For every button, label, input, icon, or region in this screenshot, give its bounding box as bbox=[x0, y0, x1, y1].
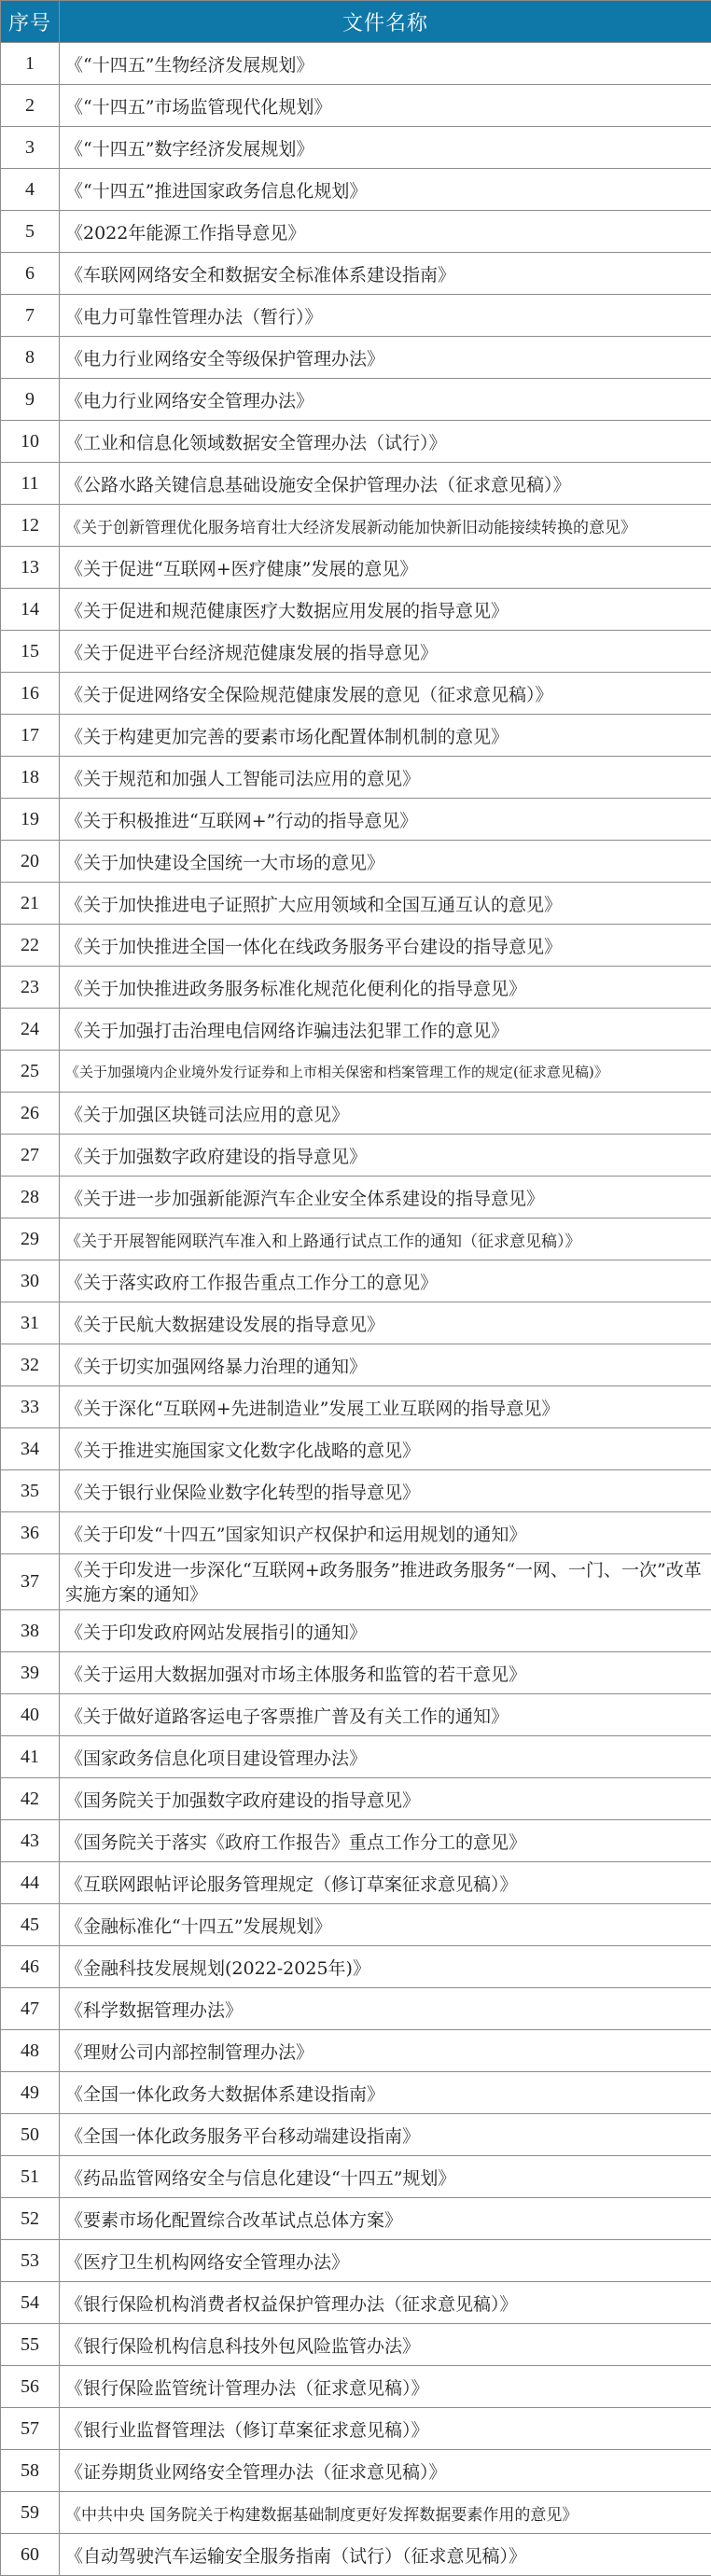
row-index: 15 bbox=[1, 631, 60, 673]
row-index: 12 bbox=[1, 505, 60, 547]
document-name: 《关于加快推进全国一体化在线政务服务平台建设的指导意见》 bbox=[60, 925, 711, 967]
table-row: 55《银行保险机构信息科技外包风险监管办法》 bbox=[1, 2324, 711, 2366]
document-name: 《关于加强打击治理电信网络诈骗违法犯罪工作的意见》 bbox=[60, 1009, 711, 1051]
table-row: 8《电力行业网络安全等级保护管理办法》 bbox=[1, 337, 711, 379]
table-row: 42《国务院关于加强数字政府建设的指导意见》 bbox=[1, 1778, 711, 1820]
table-row: 50《全国一体化政务服务平台移动端建设指南》 bbox=[1, 2114, 711, 2156]
row-index: 24 bbox=[1, 1009, 60, 1051]
document-name: 《金融科技发展规划(2022-2025年)》 bbox=[60, 1946, 711, 1988]
row-index: 60 bbox=[1, 2534, 60, 2576]
table-row: 56《银行保险监管统计管理办法（征求意见稿）》 bbox=[1, 2366, 711, 2408]
row-index: 46 bbox=[1, 1946, 60, 1988]
document-name: 《关于创新管理优化服务培育壮大经济发展新动能加快新旧动能接续转换的意见》 bbox=[60, 505, 711, 547]
row-index: 57 bbox=[1, 2408, 60, 2450]
table-row: 32《关于切实加强网络暴力治理的通知》 bbox=[1, 1344, 711, 1386]
table-row: 12《关于创新管理优化服务培育壮大经济发展新动能加快新旧动能接续转换的意见》 bbox=[1, 505, 711, 547]
document-name: 《关于促进和规范健康医疗大数据应用发展的指导意见》 bbox=[60, 589, 711, 631]
table-row: 6《车联网网络安全和数据安全标准体系建设指南》 bbox=[1, 253, 711, 295]
table-row: 25《关于加强境内企业境外发行证券和上市相关保密和档案管理工作的规定(征求意见稿… bbox=[1, 1051, 711, 1093]
table-row: 58《证券期货业网络安全管理办法（征求意见稿）》 bbox=[1, 2450, 711, 2492]
row-index: 19 bbox=[1, 799, 60, 841]
row-index: 28 bbox=[1, 1177, 60, 1218]
document-name: 《关于落实政府工作报告重点工作分工的意见》 bbox=[60, 1260, 711, 1302]
document-name: 《公路水路关键信息基础设施安全保护管理办法（征求意见稿）》 bbox=[60, 463, 711, 505]
document-name: 《医疗卫生机构网络安全管理办法》 bbox=[60, 2240, 711, 2282]
document-name: 《关于加快推进电子证照扩大应用领域和全国互通互认的意见》 bbox=[60, 883, 711, 925]
table-row: 7《电力可靠性管理办法（暂行）》 bbox=[1, 295, 711, 337]
table-row: 11《公路水路关键信息基础设施安全保护管理办法（征求意见稿）》 bbox=[1, 463, 711, 505]
document-name: 《关于印发进一步深化“互联网+政务服务”推进政务服务“一网、一门、一次”改革实施… bbox=[60, 1554, 711, 1610]
table-row: 34《关于推进实施国家文化数字化战略的意见》 bbox=[1, 1428, 711, 1470]
table-row: 41《国家政务信息化项目建设管理办法》 bbox=[1, 1736, 711, 1778]
table-row: 43《国务院关于落实《政府工作报告》重点工作分工的意见》 bbox=[1, 1820, 711, 1862]
document-name: 《要素市场化配置综合改革试点总体方案》 bbox=[60, 2198, 711, 2240]
row-index: 6 bbox=[1, 253, 60, 295]
document-name: 《关于进一步加强新能源汽车企业安全体系建设的指导意见》 bbox=[60, 1177, 711, 1218]
row-index: 34 bbox=[1, 1428, 60, 1470]
document-name: 《关于加快推进政务服务标准化规范化便利化的指导意见》 bbox=[60, 967, 711, 1009]
document-name: 《关于银行业保险业数字化转型的指导意见》 bbox=[60, 1470, 711, 1512]
row-index: 43 bbox=[1, 1820, 60, 1862]
row-index: 1 bbox=[1, 43, 60, 85]
row-index: 59 bbox=[1, 2492, 60, 2534]
table-row: 26《关于加强区块链司法应用的意见》 bbox=[1, 1093, 711, 1135]
row-index: 7 bbox=[1, 295, 60, 337]
row-index: 27 bbox=[1, 1135, 60, 1177]
document-name: 《关于规范和加强人工智能司法应用的意见》 bbox=[60, 757, 711, 799]
document-name: 《关于加快建设全国统一大市场的意见》 bbox=[60, 841, 711, 883]
table-row: 40《关于做好道路客运电子客票推广普及有关工作的通知》 bbox=[1, 1694, 711, 1736]
table-row: 22《关于加快推进全国一体化在线政务服务平台建设的指导意见》 bbox=[1, 925, 711, 967]
row-index: 49 bbox=[1, 2072, 60, 2114]
document-name: 《工业和信息化领域数据安全管理办法（试行）》 bbox=[60, 421, 711, 463]
document-name: 《“十四五”推进国家政务信息化规划》 bbox=[60, 169, 711, 211]
table-row: 37《关于印发进一步深化“互联网+政务服务”推进政务服务“一网、一门、一次”改革… bbox=[1, 1554, 711, 1610]
row-index: 3 bbox=[1, 127, 60, 169]
table-row: 14《关于促进和规范健康医疗大数据应用发展的指导意见》 bbox=[1, 589, 711, 631]
document-name: 《银行保险监管统计管理办法（征求意见稿）》 bbox=[60, 2366, 711, 2408]
document-name: 《理财公司内部控制管理办法》 bbox=[60, 2030, 711, 2072]
document-name: 《关于运用大数据加强对市场主体服务和监管的若干意见》 bbox=[60, 1652, 711, 1694]
row-index: 38 bbox=[1, 1610, 60, 1652]
row-index: 35 bbox=[1, 1470, 60, 1512]
document-name: 《关于加强区块链司法应用的意见》 bbox=[60, 1093, 711, 1135]
table-row: 36《关于印发“十四五”国家知识产权保护和运用规划的通知》 bbox=[1, 1512, 711, 1554]
document-name: 《全国一体化政务服务平台移动端建设指南》 bbox=[60, 2114, 711, 2156]
document-name: 《“十四五”生物经济发展规划》 bbox=[60, 43, 711, 85]
row-index: 54 bbox=[1, 2282, 60, 2324]
row-index: 14 bbox=[1, 589, 60, 631]
row-index: 31 bbox=[1, 1302, 60, 1344]
table-row: 45《金融标准化“十四五”发展规划》 bbox=[1, 1904, 711, 1946]
table-row: 33《关于深化“互联网+先进制造业”发展工业互联网的指导意见》 bbox=[1, 1386, 711, 1428]
table-row: 9《电力行业网络安全管理办法》 bbox=[1, 379, 711, 421]
column-header-index: 序号 bbox=[1, 1, 60, 43]
table-row: 54《银行保险机构消费者权益保护管理办法（征求意见稿）》 bbox=[1, 2282, 711, 2324]
row-index: 48 bbox=[1, 2030, 60, 2072]
document-name: 《“十四五”数字经济发展规划》 bbox=[60, 127, 711, 169]
document-name: 《关于开展智能网联汽车准入和上路通行试点工作的通知（征求意见稿）》 bbox=[60, 1218, 711, 1260]
table-row: 17《关于构建更加完善的要素市场化配置体制机制的意见》 bbox=[1, 715, 711, 757]
row-index: 33 bbox=[1, 1386, 60, 1428]
row-index: 8 bbox=[1, 337, 60, 379]
table-row: 51《药品监管网络安全与信息化建设“十四五”规划》 bbox=[1, 2156, 711, 2198]
column-header-name: 文件名称 bbox=[60, 1, 711, 43]
document-name: 《关于构建更加完善的要素市场化配置体制机制的意见》 bbox=[60, 715, 711, 757]
table-row: 39《关于运用大数据加强对市场主体服务和监管的若干意见》 bbox=[1, 1652, 711, 1694]
document-name: 《2022年能源工作指导意见》 bbox=[60, 211, 711, 253]
table-row: 52《要素市场化配置综合改革试点总体方案》 bbox=[1, 2198, 711, 2240]
document-name: 《中共中央 国务院关于构建数据基础制度更好发挥数据要素作用的意见》 bbox=[60, 2492, 711, 2534]
table-row: 15《关于促进平台经济规范健康发展的指导意见》 bbox=[1, 631, 711, 673]
table-row: 53《医疗卫生机构网络安全管理办法》 bbox=[1, 2240, 711, 2282]
table-row: 5《2022年能源工作指导意见》 bbox=[1, 211, 711, 253]
table-row: 21《关于加快推进电子证照扩大应用领域和全国互通互认的意见》 bbox=[1, 883, 711, 925]
row-index: 20 bbox=[1, 841, 60, 883]
document-name: 《电力行业网络安全等级保护管理办法》 bbox=[60, 337, 711, 379]
document-name: 《银行保险机构消费者权益保护管理办法（征求意见稿）》 bbox=[60, 2282, 711, 2324]
document-name: 《药品监管网络安全与信息化建设“十四五”规划》 bbox=[60, 2156, 711, 2198]
row-index: 40 bbox=[1, 1694, 60, 1736]
table-header-row: 序号 文件名称 bbox=[1, 1, 711, 43]
document-name: 《关于促进平台经济规范健康发展的指导意见》 bbox=[60, 631, 711, 673]
table-row: 46《金融科技发展规划(2022-2025年)》 bbox=[1, 1946, 711, 1988]
table-row: 27《关于加强数字政府建设的指导意见》 bbox=[1, 1135, 711, 1177]
document-name: 《国家政务信息化项目建设管理办法》 bbox=[60, 1736, 711, 1778]
document-name: 《关于促进“互联网+医疗健康”发展的意见》 bbox=[60, 547, 711, 589]
row-index: 18 bbox=[1, 757, 60, 799]
document-name: 《车联网网络安全和数据安全标准体系建设指南》 bbox=[60, 253, 711, 295]
table-row: 2《“十四五”市场监管现代化规划》 bbox=[1, 85, 711, 127]
row-index: 16 bbox=[1, 673, 60, 715]
table-row: 49《全国一体化政务大数据体系建设指南》 bbox=[1, 2072, 711, 2114]
table-row: 31《关于民航大数据建设发展的指导意见》 bbox=[1, 1302, 711, 1344]
row-index: 13 bbox=[1, 547, 60, 589]
table-row: 60《自动驾驶汽车运输安全服务指南（试行）（征求意见稿）》 bbox=[1, 2534, 711, 2576]
row-index: 26 bbox=[1, 1093, 60, 1135]
document-name: 《银行保险机构信息科技外包风险监管办法》 bbox=[60, 2324, 711, 2366]
table-row: 35《关于银行业保险业数字化转型的指导意见》 bbox=[1, 1470, 711, 1512]
document-name: 《科学数据管理办法》 bbox=[60, 1988, 711, 2030]
document-name: 《关于加强境内企业境外发行证券和上市相关保密和档案管理工作的规定(征求意见稿)》 bbox=[60, 1051, 711, 1093]
row-index: 51 bbox=[1, 2156, 60, 2198]
table-row: 24《关于加强打击治理电信网络诈骗违法犯罪工作的意见》 bbox=[1, 1009, 711, 1051]
document-name: 《关于民航大数据建设发展的指导意见》 bbox=[60, 1302, 711, 1344]
table-row: 30《关于落实政府工作报告重点工作分工的意见》 bbox=[1, 1260, 711, 1302]
row-index: 39 bbox=[1, 1652, 60, 1694]
table-row: 59《中共中央 国务院关于构建数据基础制度更好发挥数据要素作用的意见》 bbox=[1, 2492, 711, 2534]
row-index: 5 bbox=[1, 211, 60, 253]
table-row: 19《关于积极推进“互联网+”行动的指导意见》 bbox=[1, 799, 711, 841]
document-name: 《关于印发政府网站发展指引的通知》 bbox=[60, 1610, 711, 1652]
row-index: 56 bbox=[1, 2366, 60, 2408]
document-name: 《自动驾驶汽车运输安全服务指南（试行）（征求意见稿）》 bbox=[60, 2534, 711, 2576]
document-name: 《全国一体化政务大数据体系建设指南》 bbox=[60, 2072, 711, 2114]
row-index: 58 bbox=[1, 2450, 60, 2492]
document-name: 《国务院关于落实《政府工作报告》重点工作分工的意见》 bbox=[60, 1820, 711, 1862]
document-name: 《关于推进实施国家文化数字化战略的意见》 bbox=[60, 1428, 711, 1470]
row-index: 32 bbox=[1, 1344, 60, 1386]
table-row: 29《关于开展智能网联汽车准入和上路通行试点工作的通知（征求意见稿）》 bbox=[1, 1218, 711, 1260]
row-index: 10 bbox=[1, 421, 60, 463]
table-row: 4《“十四五”推进国家政务信息化规划》 bbox=[1, 169, 711, 211]
row-index: 45 bbox=[1, 1904, 60, 1946]
document-name: 《银行业监督管理法（修订草案征求意见稿）》 bbox=[60, 2408, 711, 2450]
row-index: 4 bbox=[1, 169, 60, 211]
row-index: 41 bbox=[1, 1736, 60, 1778]
document-name: 《关于做好道路客运电子客票推广普及有关工作的通知》 bbox=[60, 1694, 711, 1736]
table-row: 3《“十四五”数字经济发展规划》 bbox=[1, 127, 711, 169]
document-name: 《关于印发“十四五”国家知识产权保护和运用规划的通知》 bbox=[60, 1512, 711, 1554]
row-index: 9 bbox=[1, 379, 60, 421]
table-row: 13《关于促进“互联网+医疗健康”发展的意见》 bbox=[1, 547, 711, 589]
document-name: 《关于加强数字政府建设的指导意见》 bbox=[60, 1135, 711, 1177]
row-index: 30 bbox=[1, 1260, 60, 1302]
document-name: 《关于积极推进“互联网+”行动的指导意见》 bbox=[60, 799, 711, 841]
document-name: 《金融标准化“十四五”发展规划》 bbox=[60, 1904, 711, 1946]
row-index: 21 bbox=[1, 883, 60, 925]
table-row: 28《关于进一步加强新能源汽车企业安全体系建设的指导意见》 bbox=[1, 1177, 711, 1218]
document-name: 《“十四五”市场监管现代化规划》 bbox=[60, 85, 711, 127]
table-body: 1《“十四五”生物经济发展规划》2《“十四五”市场监管现代化规划》3《“十四五”… bbox=[1, 43, 711, 2576]
row-index: 25 bbox=[1, 1051, 60, 1093]
row-index: 29 bbox=[1, 1218, 60, 1260]
table-row: 48《理财公司内部控制管理办法》 bbox=[1, 2030, 711, 2072]
document-list-table: 序号 文件名称 1《“十四五”生物经济发展规划》2《“十四五”市场监管现代化规划… bbox=[0, 0, 711, 2576]
row-index: 36 bbox=[1, 1512, 60, 1554]
document-name: 《关于深化“互联网+先进制造业”发展工业互联网的指导意见》 bbox=[60, 1386, 711, 1428]
row-index: 23 bbox=[1, 967, 60, 1009]
row-index: 11 bbox=[1, 463, 60, 505]
table-row: 38《关于印发政府网站发展指引的通知》 bbox=[1, 1610, 711, 1652]
table-row: 16《关于促进网络安全保险规范健康发展的意见（征求意见稿）》 bbox=[1, 673, 711, 715]
row-index: 17 bbox=[1, 715, 60, 757]
document-name: 《电力可靠性管理办法（暂行）》 bbox=[60, 295, 711, 337]
table-row: 18《关于规范和加强人工智能司法应用的意见》 bbox=[1, 757, 711, 799]
document-name: 《国务院关于加强数字政府建设的指导意见》 bbox=[60, 1778, 711, 1820]
document-name: 《关于切实加强网络暴力治理的通知》 bbox=[60, 1344, 711, 1386]
row-index: 22 bbox=[1, 925, 60, 967]
table-row: 47《科学数据管理办法》 bbox=[1, 1988, 711, 2030]
document-name: 《关于促进网络安全保险规范健康发展的意见（征求意见稿）》 bbox=[60, 673, 711, 715]
table-row: 20《关于加快建设全国统一大市场的意见》 bbox=[1, 841, 711, 883]
row-index: 50 bbox=[1, 2114, 60, 2156]
table-row: 44《互联网跟帖评论服务管理规定（修订草案征求意见稿）》 bbox=[1, 1862, 711, 1904]
table-row: 57《银行业监督管理法（修订草案征求意见稿）》 bbox=[1, 2408, 711, 2450]
row-index: 53 bbox=[1, 2240, 60, 2282]
document-name: 《电力行业网络安全管理办法》 bbox=[60, 379, 711, 421]
row-index: 44 bbox=[1, 1862, 60, 1904]
row-index: 55 bbox=[1, 2324, 60, 2366]
row-index: 52 bbox=[1, 2198, 60, 2240]
row-index: 2 bbox=[1, 85, 60, 127]
row-index: 47 bbox=[1, 1988, 60, 2030]
row-index: 37 bbox=[1, 1554, 60, 1610]
row-index: 42 bbox=[1, 1778, 60, 1820]
table-row: 23《关于加快推进政务服务标准化规范化便利化的指导意见》 bbox=[1, 967, 711, 1009]
document-name: 《证券期货业网络安全管理办法（征求意见稿）》 bbox=[60, 2450, 711, 2492]
table-row: 10《工业和信息化领域数据安全管理办法（试行）》 bbox=[1, 421, 711, 463]
document-name: 《互联网跟帖评论服务管理规定（修订草案征求意见稿）》 bbox=[60, 1862, 711, 1904]
table-row: 1《“十四五”生物经济发展规划》 bbox=[1, 43, 711, 85]
